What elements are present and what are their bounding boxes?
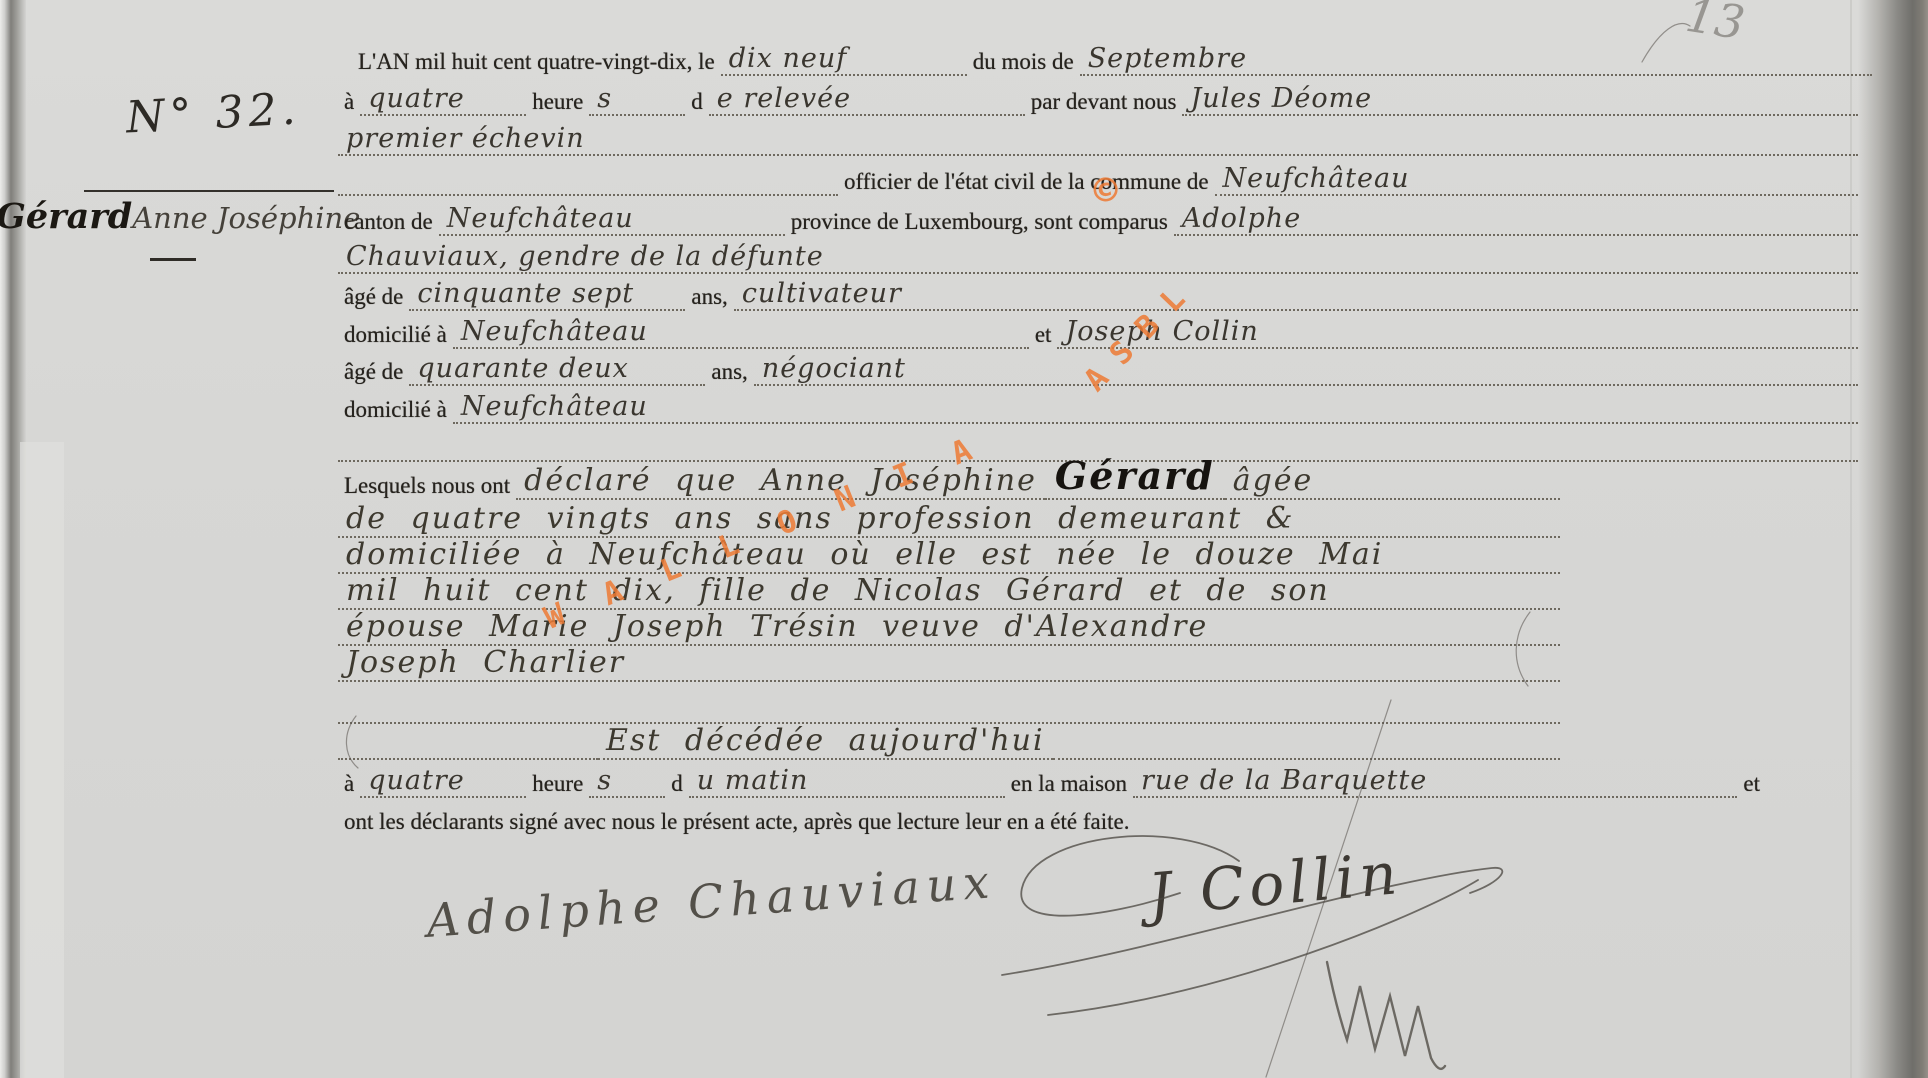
printed-text: à [338,89,360,116]
form-line-declarant1-domicile: domicilié à Neufchâteau et Joseph Collin [338,315,1858,349]
deceased-surname: Gérard [0,196,132,237]
handwritten-domicile: Neufchâteau [453,316,1029,349]
handwritten-text: u matin [689,765,1005,798]
printed-text: et [1029,322,1058,349]
printed-text: ont les déclarants signé avec nous le pr… [338,809,1135,836]
printed-text: officier de l'état civil de la commune d… [838,169,1215,196]
deceased-firstnames: Anne Joséphine [132,201,360,235]
printed-text: par devant nous [1025,89,1183,116]
act-number: N° 32. [125,83,302,143]
printed-text: âgé de [338,359,409,386]
form-line-hour: à quatre heure s d e relevée par devant … [338,82,1858,116]
form-line-deceased-age: de quatre vingts ans sans profession dem… [338,504,1560,538]
margin-deceased-name: GérardAnne Joséphine [0,196,360,237]
handwritten-text: Joseph Charlier [338,645,1560,682]
death-record-scan: N° 32. GérardAnne Joséphine 13 L'AN mil … [0,0,1928,1078]
printed-text: heure [526,771,589,798]
handwritten-text: s [589,765,665,798]
printed-text: domicilié à [338,322,453,349]
form-line-death-hour-place: à quatre heure s d u matin en la maison … [338,764,1766,798]
handwritten-text: de quatre vingts ans sans profession dem… [338,501,1560,538]
form-line-declarant2-domicile: domicilié à Neufchâteau [338,390,1858,424]
signature-declarant2: J Collin [1146,839,1405,929]
handwritten-text: mil huit cent dix, fille de Nicolas Géra… [338,573,1560,610]
handwritten-commune: Neufchâteau [1215,163,1858,196]
printed-text: d [685,89,709,116]
handwritten-text: âgée [1225,463,1560,500]
handwritten-declarant1-firstname: Adolphe [1174,203,1858,236]
handwritten-officer-name: Jules Déome [1182,83,1858,116]
form-line-deceased-birth: domiciliée à Neufchâteau où elle est née… [338,540,1560,574]
printed-text: L'AN mil huit cent quatre-vingt-dix, le [352,49,721,76]
underlying-sheet-edge [20,442,64,1078]
handwritten-profession: cultivateur [734,278,1858,311]
form-line-blank [338,690,1560,724]
deceased-surname-bold: Gérard [1045,453,1225,500]
signature-declarant1: Adolphe Chauviaux [425,854,998,948]
handwritten-death-statement: Est décédée aujourd'hui [598,723,1053,760]
handwritten-text: e relevée [709,83,1025,116]
form-line-closing: ont les déclarants signé avec nous le pr… [338,802,1858,836]
handwritten-officer-title: premier échevin [338,123,1858,156]
book-binding-shadow [1858,0,1928,1078]
printed-text: province de Luxembourg, sont comparus [785,209,1174,236]
form-line-declarant1-surname: Chauviaux, gendre de la défunte [338,240,1858,274]
form-line-officer-title: premier échevin [338,122,1858,156]
handwritten-text: épouse Marie Joseph Trésin veuve d'Alexa… [338,609,1560,646]
blank-dotted-rule [338,193,838,196]
handwritten-death-address: rue de la Barquette [1133,765,1737,798]
printed-text: âgé de [338,284,409,311]
printed-text: et [1737,771,1766,798]
handwritten-month: Septembre [1080,43,1872,76]
handwritten-age: quarante deux [409,353,705,386]
form-line-deceased-husband: Joseph Charlier [338,648,1560,682]
printed-text: ans, [685,284,733,311]
form-line-deceased-parents: mil huit cent dix, fille de Nicolas Géra… [338,576,1560,610]
blank-dotted-rule [338,757,598,760]
printed-text: Lesquels nous ont [338,473,516,500]
printed-text: en la maison [1005,771,1133,798]
handwritten-text: s [589,83,685,116]
printed-text: du mois de [967,49,1080,76]
handwritten-day: dix neuf [721,43,967,76]
printed-text: heure [526,89,589,116]
margin-dash [150,258,196,261]
handwritten-canton: Neufchâteau [439,203,785,236]
handwritten-profession: négociant [754,353,1858,386]
handwritten-age: cinquante sept [409,278,685,311]
handwritten-hour: quatre [360,83,526,116]
form-line-deceased-mother: épouse Marie Joseph Trésin veuve d'Alexa… [338,612,1560,646]
printed-text: domicilié à [338,397,453,424]
blank-dotted-rule [1053,757,1560,760]
handwritten-text: domiciliée à Neufchâteau où elle est née… [338,537,1560,574]
form-line-year: L'AN mil huit cent quatre-vingt-dix, le … [338,42,1872,76]
form-line-death-statement: Est décédée aujourd'hui [338,726,1560,760]
printed-text: canton de [338,209,439,236]
printed-text: d [665,771,689,798]
margin-rule [84,190,334,192]
printed-text: ans, [705,359,753,386]
handwritten-domicile: Neufchâteau [453,391,1858,424]
officer-paraph-zigzag [1327,962,1445,1069]
form-line-declarant1-age: âgé de cinquante sept ans, cultivateur [338,277,1858,311]
handwritten-declarant1-surname: Chauviaux, gendre de la défunte [338,241,1858,274]
handwritten-hour: quatre [360,765,526,798]
printed-text: à [338,771,360,798]
